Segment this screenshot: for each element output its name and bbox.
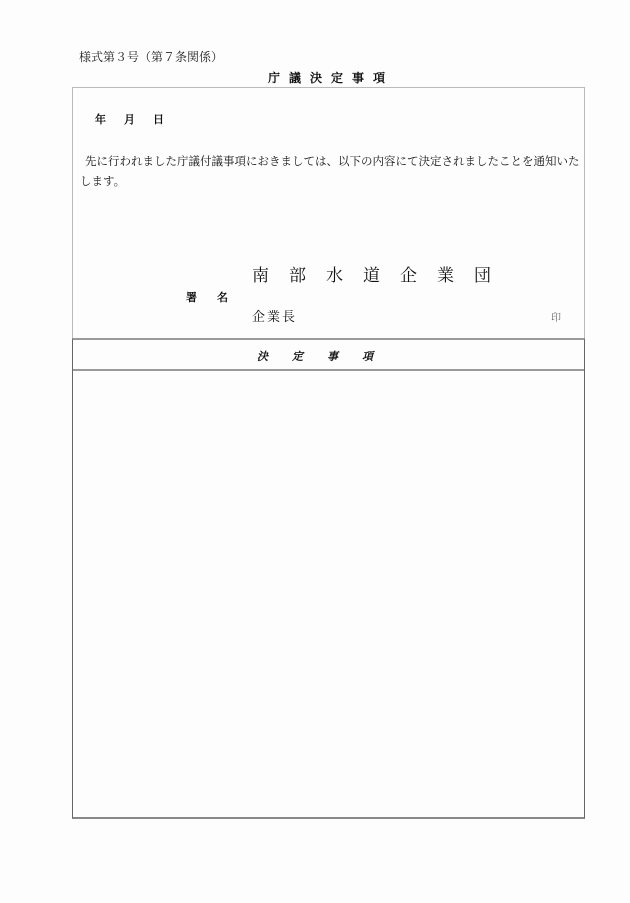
date-day: 日 xyxy=(153,113,164,126)
document-title: 庁議決定事項 xyxy=(268,69,394,86)
seal-mark: 印 xyxy=(551,309,561,324)
date-year: 年 xyxy=(95,113,106,126)
date-line: 年月日 xyxy=(95,111,182,127)
decision-box xyxy=(72,338,585,819)
form-number-label: 様式第３号（第７条関係） xyxy=(79,48,223,65)
date-month: 月 xyxy=(124,113,135,126)
signature-label: 署名 xyxy=(186,289,248,305)
organization-name: 南部水道企業団 xyxy=(252,261,511,286)
signer-role: 企業長 xyxy=(252,306,297,325)
notice-text: 先に行われました庁議付議事項におきましては、以下の内容にて決定されましたことを通… xyxy=(80,151,580,191)
decision-section-title: 決定事項 xyxy=(0,348,630,364)
decision-header-divider xyxy=(73,369,584,371)
